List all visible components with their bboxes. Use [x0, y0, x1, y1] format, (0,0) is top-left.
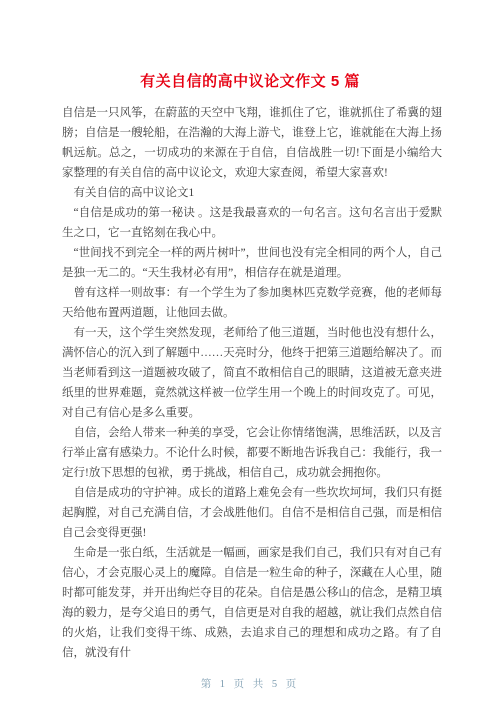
- paragraph: 有一天，这个学生突然发现，老师给了他三道题，当时他也没有想什么，满怀信心的沉入到…: [62, 323, 442, 423]
- paragraph: 自信是成功的守护神。成长的道路上难免会有一些坎坎坷坷，我们只有挺起胸膛，对自己充…: [62, 483, 442, 543]
- paragraph: “世间找不到完全一样的两片树叶”，世间也没有完全相同的两个人，自己是独一无二的。…: [62, 243, 442, 283]
- page-number-indicator: 第 1 页 共 5 页: [0, 676, 500, 691]
- paragraph: 自信，会给人带来一种美的享受，它会让你情绪饱满，思维活跃，以及言行举止富有感染力…: [62, 423, 442, 483]
- document-page: 有关自信的高中议论文作文 5 篇 自信是一只风筝，在蔚蓝的天空中飞翔，谁抓住了它…: [0, 0, 500, 707]
- page-title: 有关自信的高中议论文作文 5 篇: [0, 0, 500, 91]
- paragraph: 生命是一张白纸，生活就是一幅画，画家是我们自己，我们只有对自己有信心，才会克服心…: [62, 543, 442, 663]
- paragraph: 自信是一只风筝，在蔚蓝的天空中飞翔，谁抓住了它，谁就抓住了希冀的翅膀；自信是一艘…: [62, 103, 442, 183]
- section-heading: 有关自信的高中议论文1: [62, 183, 442, 203]
- document-body: 自信是一只风筝，在蔚蓝的天空中飞翔，谁抓住了它，谁就抓住了希冀的翅膀；自信是一艘…: [62, 103, 442, 663]
- paragraph: “自信是成功的第一秘诀 。这是我最喜欢的一句名言。这句名言出于爱默生之口，它一直…: [62, 203, 442, 243]
- paragraph: 曾有这样一则故事：有一个学生为了参加奥林匹克数学竞赛，他的老师每天给他布置两道题…: [62, 283, 442, 323]
